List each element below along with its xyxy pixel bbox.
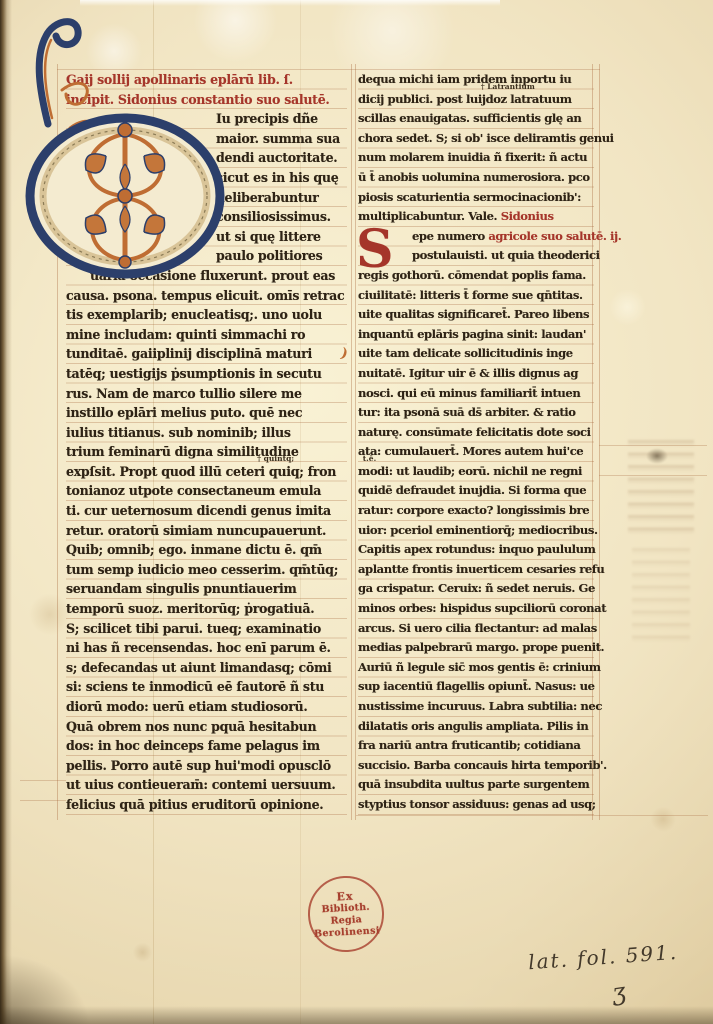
- manuscript-line: sup iacentiū flagellis opiunt̄. Nasus: u…: [358, 677, 594, 697]
- manuscript-line: uite qualitas significaret̄. Pareo liben…: [358, 305, 594, 325]
- manuscript-line: dequa michi iam pridem inportu iu: [358, 70, 594, 90]
- manuscript-line: ratur: corpore exacto? longissimis bre: [358, 501, 594, 521]
- manuscript-line: arcus. Si uero cilia flectantur: ad mala…: [358, 619, 594, 639]
- body-text: dequa michi iam pridem inportu iu: [358, 72, 571, 86]
- manuscript-line: inquantū eplāris pagina sinit: laudan': [358, 325, 594, 345]
- body-text: seruandam singulis pnuntiauerim: [66, 581, 297, 596]
- scan-edge-top: [80, 0, 500, 6]
- body-text: chora sedet. S; si ob' isce deliramtis g…: [358, 131, 614, 145]
- ink-showthrough: [632, 548, 690, 648]
- manuscript-line: tur: ita psonā suā ds̄ arbiter. & ratio: [358, 403, 594, 423]
- manuscript-line: dicij publici. post luijdoz latratuum† L…: [358, 90, 594, 110]
- body-text: epe numero: [412, 229, 488, 243]
- manuscript-line: diorū modo: uerū etiam studiosorū.: [66, 697, 347, 717]
- body-text: mine includam: quinti simmachi ro: [66, 327, 305, 342]
- body-text: nuitatē. Igitur uir ē & illis dignus ag: [358, 366, 578, 380]
- body-text: medias palpebrarū margo. prope puenit.: [358, 640, 604, 654]
- body-text: s; defecandas ut aiunt limandasq; cōmi: [66, 660, 332, 675]
- body-text: scillas enauigatas. sufficientis glę an: [358, 111, 581, 125]
- body-text: Capitis apex rotundus: inquo paululum: [358, 542, 595, 556]
- rubric-text: Sidonius: [501, 209, 554, 223]
- manuscript-line: tum semp iudicio meo cesserim. qm̄tūq;: [66, 560, 347, 580]
- shelfmark: lat. fol. 591.: [527, 938, 708, 974]
- manuscript-line: scillas enauigatas. sufficientis glę an: [358, 109, 594, 129]
- manuscript-line: rus. Nam de marco tullio silere me: [66, 384, 347, 404]
- body-text: succisio. Barba concauis hirta temporib'…: [358, 758, 607, 772]
- body-text: tunditaē. gaiiplinij disciplinā maturi: [66, 346, 312, 361]
- body-text: felicius quā pitius eruditorū opinione.: [66, 797, 323, 812]
- body-text: ū t̄ anobis uolumina numerosiora. pco: [358, 170, 590, 184]
- manuscript-line: ata: cumulauert̄. Mores autem hui'ce: [358, 442, 594, 462]
- manuscript-line: nosci. qui eū minus familiarit̄ intuen: [358, 384, 594, 404]
- manuscript-line: temporū suoz. meritorūq; ṗrogatiuā.: [66, 599, 347, 619]
- manuscript-line: ut uius contieueram̄: contemi uersuum.: [66, 775, 347, 795]
- manuscript-line: dos: in hoc deinceps fame pelagus im: [66, 736, 347, 756]
- manuscript-line: tis exemplarib; enucleatisq;. uno uolu: [66, 305, 347, 325]
- body-text: tatēq; uestigijs ṗsumptionis in secutu: [66, 366, 322, 381]
- body-text: S; scilicet tibi parui. tueq; examinatio: [66, 621, 321, 636]
- body-text: inquantū eplāris pagina sinit: laudan': [358, 327, 586, 341]
- manuscript-line: Capitis apex rotundus: inquo paululum: [358, 540, 594, 560]
- manuscript-line: retur. oratorū simiam nuncupauerunt.: [66, 521, 347, 541]
- scan-edge-bottom: [0, 1006, 713, 1024]
- body-text: instillo eplāri melius puto. quē nec: [66, 405, 302, 420]
- body-text: rus. Nam de marco tullio silere me: [66, 386, 302, 401]
- manuscript-line: num molarem inuidia ñ fixerit: ñ actu: [358, 148, 594, 168]
- manuscript-line: iulius titianus. sub nominib; illus: [66, 423, 347, 443]
- body-text: ti. cur ueternosum dicendi genus imita: [66, 503, 331, 518]
- body-text: minos orbes: hispidus supciliorū coronat: [358, 601, 606, 615]
- right-column: dequa michi iam pridem inportu iudicij p…: [358, 70, 594, 815]
- body-text: naturę. consūmate felicitatis dote soci: [358, 425, 591, 439]
- body-text: arcus. Si uero cilia flectantur: ad mala…: [358, 621, 597, 635]
- ruling-horizontal: [20, 800, 66, 801]
- body-text: expſsit. Propt quod illū ceteri quiq; fr…: [66, 464, 336, 479]
- manuscript-line: instillo eplāri melius puto. quē nec: [66, 403, 347, 423]
- manuscript-line: naturę. consūmate felicitatis dote soci: [358, 423, 594, 443]
- stamp-line: Berolinensi: [314, 925, 380, 940]
- ruling-vertical: [351, 64, 352, 820]
- rubric-text: agricole suo salutē. ij.: [488, 229, 621, 243]
- manuscript-line: minos orbes: hispidus supciliorū coronat: [358, 599, 594, 619]
- illuminated-initial-d: [18, 6, 268, 306]
- manuscript-line: uior: pceriol eminentiorq̄; mediocribus.: [358, 521, 594, 541]
- body-text: dilatatis oris angulis ampliata. Pilis i…: [358, 719, 588, 733]
- body-text: si: sciens te inmodicū eē fautorē ñ stu: [66, 679, 324, 694]
- body-text: postulauisti. ut quia theoderici: [412, 248, 600, 262]
- manuscript-line: styptius tonsor assiduus: genas ad usq;: [358, 795, 594, 815]
- interlinear-gloss: † Latrantium: [481, 83, 535, 91]
- body-text: dos: in hoc deinceps fame pelagus im: [66, 738, 320, 753]
- body-text: fra nariū antra fruticantib; cotidiana: [358, 738, 580, 752]
- manuscript-line: seruandam singulis pnuntiauerim: [66, 579, 347, 599]
- manuscript-line: s; defecandas ut aiunt limandasq; cōmi: [66, 658, 347, 678]
- body-text: styptius tonsor assiduus: genas ad usq;: [358, 797, 596, 811]
- body-text: tum semp iudicio meo cesserim. qm̄tūq;: [66, 562, 338, 577]
- body-text: uior: pceriol eminentiorq̄; mediocribus.: [358, 523, 598, 537]
- interlinear-gloss: † quintq;: [257, 455, 294, 463]
- body-text: pellis. Porro autē sup hui'modi opusclō: [66, 758, 331, 773]
- manuscript-line: tunditaē. gaiiplinij disciplinā maturi: [66, 344, 347, 364]
- body-text: Quā obrem nos nunc pquā hesitabun: [66, 719, 316, 734]
- ink-smudge: [646, 448, 668, 464]
- manuscript-line: ga crispatur. Ceruix: ñ sedet neruis. Ge: [358, 579, 594, 599]
- body-text: iulius titianus. sub nominib; illus: [66, 425, 291, 440]
- manuscript-line: Quā obrem nos nunc pquā hesitabun: [66, 717, 347, 737]
- manuscript-line: Auriū ñ legule sic̄ mos gentis ē: criniu…: [358, 658, 594, 678]
- body-text: sup iacentiū flagellis opiunt̄. Nasus: u…: [358, 679, 595, 693]
- library-stamp: Ex Biblioth. Regia Berolinensi: [306, 874, 386, 954]
- body-text: aplantte frontis inuerticem cesaries ref…: [358, 562, 604, 576]
- body-text: tonianoz utpote consectaneum emula: [66, 483, 321, 498]
- body-text: ga crispatur. Ceruix: ñ sedet neruis. Ge: [358, 581, 595, 595]
- manuscript-line: ni has ñ recensendas. hoc enī parum ē.: [66, 638, 347, 658]
- manuscript-line: felicius quā pitius eruditorū opinione.: [66, 795, 347, 815]
- manuscript-line: fra nariū antra fruticantib; cotidiana: [358, 736, 594, 756]
- manuscript-line: pellis. Porro autē sup hui'modi opusclō: [66, 756, 347, 776]
- manuscript-line: dilatatis oris angulis ampliata. Pilis i…: [358, 717, 594, 737]
- manuscript-line: aplantte frontis inuerticem cesaries ref…: [358, 560, 594, 580]
- body-text: nustissime incuruus. Labra subtilia: nec: [358, 699, 602, 713]
- body-text: tur: ita psonā suā ds̄ arbiter. & ratio: [358, 405, 576, 419]
- body-text: temporū suoz. meritorūq; ṗrogatiuā.: [66, 601, 314, 616]
- body-text: uite qualitas significaret̄. Pareo liben…: [358, 307, 589, 321]
- stamp-line: Ex: [336, 889, 354, 903]
- manuscript-line: ciuilitatē: litteris t̄ forme sue qn̄tit…: [358, 286, 594, 306]
- scan-corner-shadow: [0, 954, 90, 1024]
- body-text: modi: ut laudib; eorū. nichil ne regni: [358, 464, 582, 478]
- body-text: tis exemplarib; enucleatisq;. uno uolu: [66, 307, 322, 322]
- manuscript-line: Quib; omnib; ego. inmane dictu ē. qm̄: [66, 540, 347, 560]
- body-text: uite tam delicate sollicitudinis inge: [358, 346, 573, 360]
- rubric-initial-s: S: [356, 224, 410, 280]
- body-text: ciuilitatē: litteris t̄ forme sue qn̄tit…: [358, 288, 583, 302]
- manuscript-line: mine includam: quinti simmachi ro: [66, 325, 347, 345]
- manuscript-line: expſsit. Propt quod illū ceteri quiq; fr…: [66, 462, 347, 482]
- body-text: quidē defraudet inujdia. Si forma que: [358, 483, 586, 497]
- manuscript-line: quidē defraudet inujdia. Si forma que: [358, 481, 594, 501]
- body-text: num molarem inuidia ñ fixerit: ñ actu: [358, 150, 587, 164]
- scan-edge-left: [0, 0, 12, 1024]
- body-text: ata: cumulauert̄. Mores autem hui'ce: [358, 444, 583, 458]
- manuscript-line: quā insubdita uultus parte surgentem: [358, 775, 594, 795]
- ruling-horizontal: [20, 780, 66, 781]
- body-text: Auriū ñ legule sic̄ mos gentis ē: criniu…: [358, 660, 601, 674]
- manuscript-line: uite tam delicate sollicitudinis inge: [358, 344, 594, 364]
- manuscript-line: ti. cur ueternosum dicendi genus imita: [66, 501, 347, 521]
- body-text: quā insubdita uultus parte surgentem: [358, 777, 589, 791]
- manuscript-line: trium feminarū digna similitudine: [66, 442, 347, 462]
- manuscript-line: tonianoz utpote consectaneum emula: [66, 481, 347, 501]
- body-text: ni has ñ recensendas. hoc enī parum ē.: [66, 640, 331, 655]
- manuscript-line: succisio. Barba concauis hirta temporib'…: [358, 756, 594, 776]
- interlinear-gloss: t.ē.: [363, 455, 376, 463]
- body-text: ratur: corpore exacto? longissimis bre: [358, 503, 589, 517]
- manuscript-line: modi: ut laudib; eorū. nichil ne regnit.…: [358, 462, 594, 482]
- manuscript-line: nuitatē. Igitur uir ē & illis dignus ag: [358, 364, 594, 384]
- manuscript-line: nustissime incuruus. Labra subtilia: nec: [358, 697, 594, 717]
- body-text: Quib; omnib; ego. inmane dictu ē. qm̄: [66, 542, 322, 557]
- ruling-horizontal: [356, 815, 708, 816]
- manuscript-line: ū t̄ anobis uolumina numerosiora. pco: [358, 168, 594, 188]
- body-text: piosis scaturientia sermocinacionib':: [358, 190, 581, 204]
- manuscript-line: medias palpebrarū margo. prope puenit.: [358, 638, 594, 658]
- body-text: nosci. qui eū minus familiarit̄ intuen: [358, 386, 580, 400]
- body-text: retur. oratorū simiam nuncupauerunt.: [66, 523, 326, 538]
- body-text: diorū modo: uerū etiam studiosorū.: [66, 699, 307, 714]
- manuscript-line: tatēq; uestigijs ṗsumptionis in secutu: [66, 364, 347, 384]
- shelfmark-flourish: ʒ: [610, 977, 627, 1007]
- body-text: dicij publici. post luijdoz latratuum: [358, 92, 572, 106]
- manuscript-page: Gaij sollij apollinaris eplārū lib. ſ.in…: [0, 0, 713, 1024]
- manuscript-line: si: sciens te inmodicū eē fautorē ñ stu: [66, 677, 347, 697]
- manuscript-line: chora sedet. S; si ob' isce deliramtis g…: [358, 129, 594, 149]
- manuscript-line: piosis scaturientia sermocinacionib':: [358, 188, 594, 208]
- manuscript-line: S; scilicet tibi parui. tueq; examinatio: [66, 619, 347, 639]
- ruling-vertical: [355, 64, 356, 820]
- body-text: ut uius contieueram̄: contemi uersuum.: [66, 777, 335, 792]
